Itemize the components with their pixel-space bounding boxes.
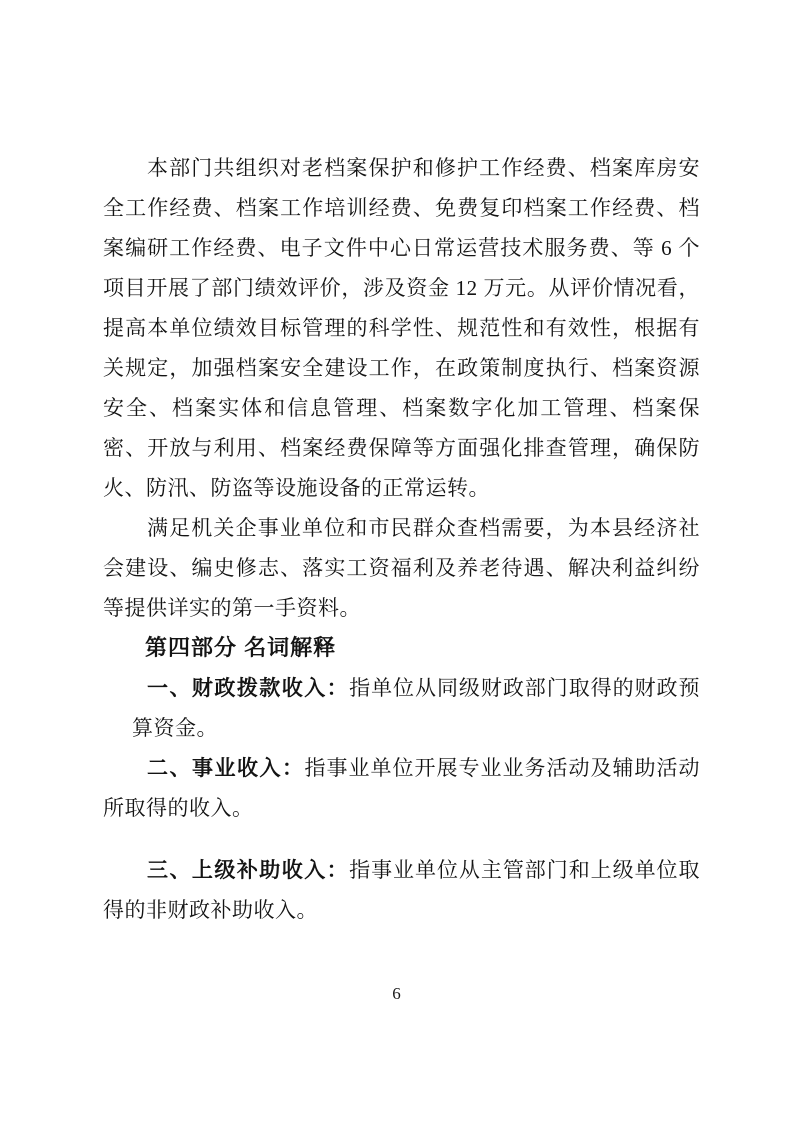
definition-label: 二、事业收入： [147, 756, 305, 780]
definition-item-superior-subsidy-income: 三、上级补助收入：指事业单位从主管部门和上级单位取得的非财政补助收入。 [103, 850, 700, 930]
document-body: 本部门共组织对老档案保护和修护工作经费、档案库房安全工作经费、档案工作培训经费、… [103, 148, 700, 930]
definition-item-operational-income: 二、事业收入：指事业单位开展专业业务活动及辅助活动所取得的收入。 [103, 748, 700, 828]
page-footer: 6 [0, 984, 793, 1004]
section-heading-part4-glossary: 第四部分 名词解释 [103, 628, 700, 668]
page-number: 6 [392, 984, 401, 1003]
document-page: 本部门共组织对老档案保护和修护工作经费、档案库房安全工作经费、档案工作培训经费、… [0, 0, 793, 1122]
body-paragraph-archive-services: 满足机关企事业单位和市民群众查档需要，为本县经济社会建设、编史修志、落实工资福利… [103, 508, 700, 628]
definition-item-fiscal-appropriation-income: 一、财政拨款收入：指单位从同级财政部门取得的财政预算资金。 [132, 668, 700, 748]
definition-label: 三、上级补助收入： [147, 858, 349, 882]
body-paragraph-performance-evaluation: 本部门共组织对老档案保护和修护工作经费、档案库房安全工作经费、档案工作培训经费、… [103, 148, 700, 508]
definition-label: 一、财政拨款收入： [147, 676, 349, 700]
